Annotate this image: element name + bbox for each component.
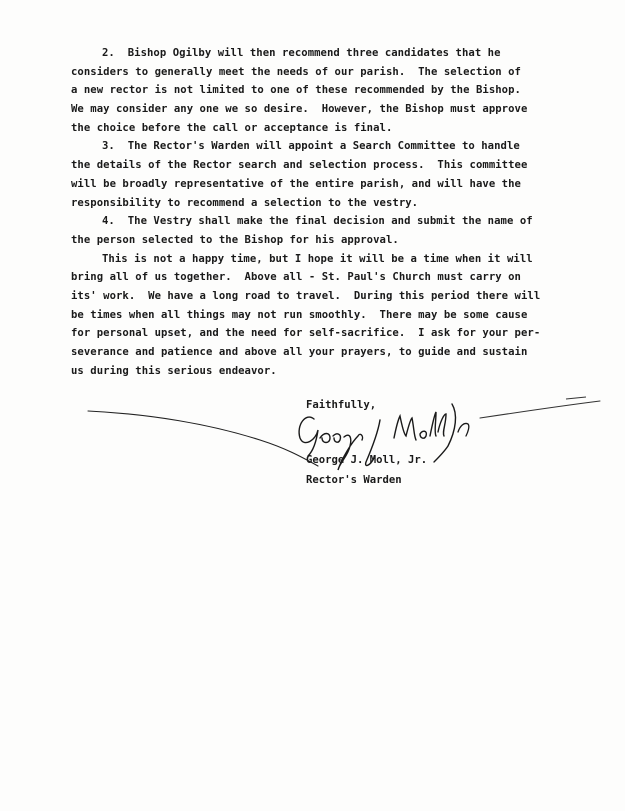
paragraph-3-line-4: responsibility to recommend a selection …	[71, 194, 541, 213]
paragraph-5-line-3: its' work. We have a long road to travel…	[71, 287, 541, 306]
paragraph-5-line-7: us during this serious endeavor.	[71, 362, 541, 381]
signatory-name: George J. Moll, Jr.	[306, 454, 427, 466]
paragraph-3-line-1: 3. The Rector's Warden will appoint a Se…	[71, 137, 541, 156]
paragraph-2-line-3: a new rector is not limited to one of th…	[71, 81, 541, 100]
paragraph-5-line-5: for personal upset, and the need for sel…	[71, 324, 541, 343]
paragraph-5-line-2: bring all of us together. Above all - St…	[71, 268, 541, 287]
paragraph-5-line-6: severance and patience and above all you…	[71, 343, 541, 362]
paragraph-2-line-1: 2. Bishop Ogilby will then recommend thr…	[71, 44, 541, 63]
paragraph-3-line-2: the details of the Rector search and sel…	[71, 156, 541, 175]
paragraph-2-line-4: We may consider any one we so desire. Ho…	[71, 100, 541, 119]
letter-body: 2. Bishop Ogilby will then recommend thr…	[71, 44, 541, 380]
paragraph-5-line-1: This is not a happy time, but I hope it …	[71, 250, 541, 269]
paragraph-2-line-5: the choice before the call or acceptance…	[71, 119, 541, 138]
paragraph-3-line-3: will be broadly representative of the en…	[71, 175, 541, 194]
document-page: 2. Bishop Ogilby will then recommend thr…	[0, 0, 625, 811]
paragraph-4-line-2: the person selected to the Bishop for hi…	[71, 231, 541, 250]
closing-salutation: Faithfully,	[306, 399, 376, 411]
paragraph-5-line-4: be times when all things may not run smo…	[71, 306, 541, 325]
signatory-title: Rector's Warden	[306, 474, 402, 486]
paragraph-2-line-2: considers to generally meet the needs of…	[71, 63, 541, 82]
paragraph-4-line-1: 4. The Vestry shall make the final decis…	[71, 212, 541, 231]
